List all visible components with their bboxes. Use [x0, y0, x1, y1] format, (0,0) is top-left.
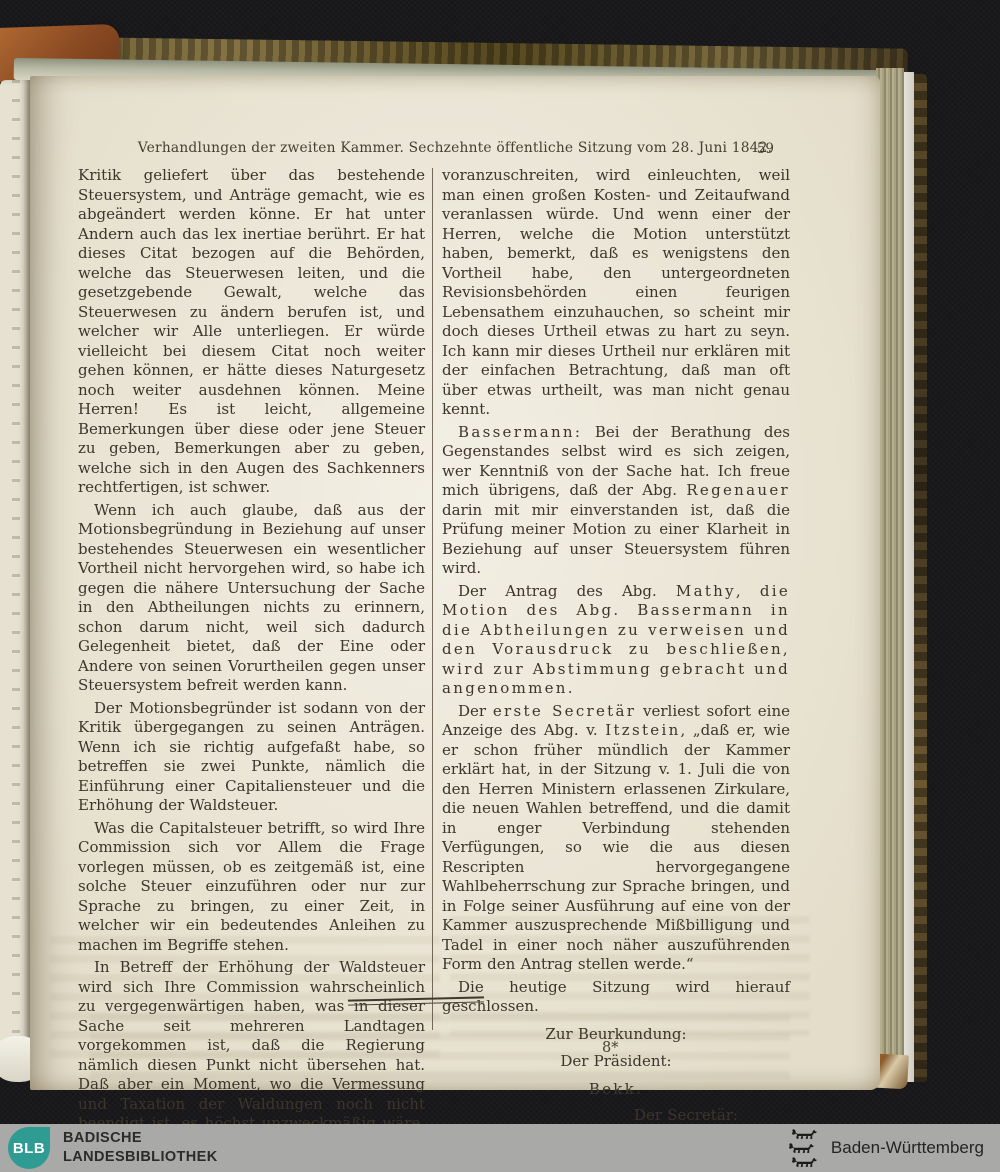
page-block-right-edge: [876, 68, 904, 1086]
left-text-column: Kritik geliefert über das bestehende Ste…: [78, 166, 433, 1156]
state-branding: Baden-Württemberg: [790, 1128, 984, 1169]
three-lions-icon: [790, 1128, 820, 1169]
paragraph: Was die Capitalsteuer betrifft, so wird …: [78, 819, 425, 956]
signature-mark: 8*: [602, 1040, 618, 1056]
paragraph: Der Secretär:: [442, 1106, 790, 1126]
paragraph: Kritik geliefert über das bestehende Ste…: [78, 166, 425, 498]
library-name: BADISCHE LANDESBIBLIOTHEK: [63, 1129, 218, 1167]
paragraph: Der Motionsbegründer ist sodann von der …: [78, 699, 425, 816]
paragraph: Wenn ich auch glaube, daß aus der Motion…: [78, 501, 425, 696]
book-page: Verhandlungen der zweiten Kammer. Sechze…: [30, 76, 880, 1090]
page-number: 59: [757, 141, 774, 157]
paragraph: Der erste Secretär verliest sofort eine …: [442, 702, 790, 975]
blb-logo-icon: BLB: [8, 1127, 50, 1169]
paragraph: Der Antrag des Abg. Mathy, die Motion de…: [442, 582, 790, 699]
book-scan: Verhandlungen der zweiten Kammer. Sechze…: [0, 28, 930, 1094]
paragraph: Bassermann: Bei der Berathung des Gegens…: [442, 423, 790, 579]
library-name-line2: LANDESBIBLIOTHEK: [63, 1148, 218, 1167]
text-columns: Kritik geliefert über das bestehende Ste…: [78, 166, 790, 1156]
paragraph: Die heutige Sitzung wird hierauf geschlo…: [442, 978, 790, 1017]
endpaper-edge: [904, 72, 914, 1082]
state-label: Baden-Württemberg: [831, 1138, 984, 1158]
book-cover-right-edge: [914, 74, 927, 1082]
facing-page-edge: [0, 80, 30, 1076]
library-footer-bar: BLB BADISCHE LANDESBIBLIOTHEK Baden-Würt…: [0, 1124, 1000, 1172]
right-text-column: voranzuschreiten, wird einleuchten, weil…: [433, 166, 790, 1156]
library-branding: BLB BADISCHE LANDESBIBLIOTHEK: [8, 1127, 218, 1169]
library-name-line1: BADISCHE: [63, 1129, 218, 1148]
paragraph: Bekk.: [442, 1080, 790, 1100]
paragraph: voranzuschreiten, wird einleuchten, weil…: [442, 166, 790, 420]
scan-background: Verhandlungen der zweiten Kammer. Sechze…: [0, 0, 1000, 1172]
running-header: Verhandlungen der zweiten Kammer. Sechze…: [90, 140, 820, 156]
